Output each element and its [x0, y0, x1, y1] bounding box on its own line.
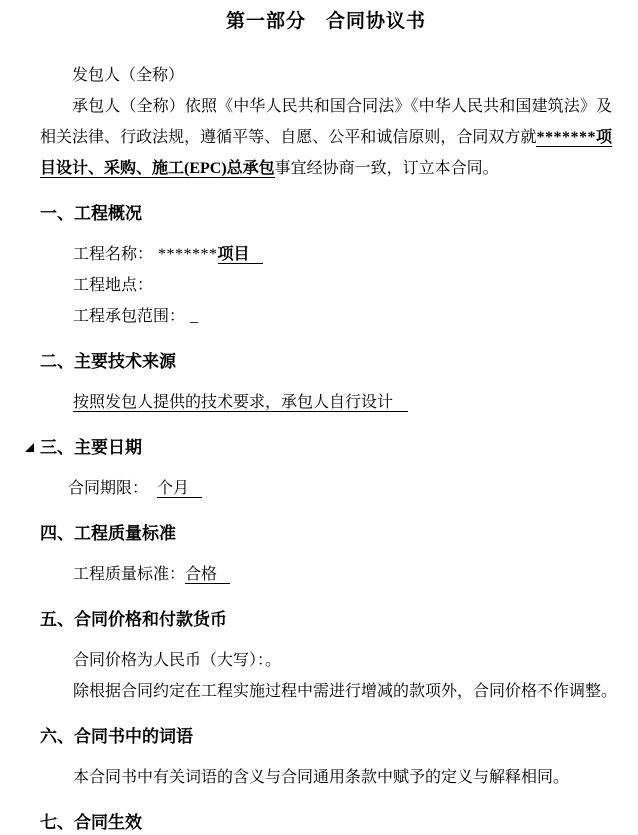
- project-name-row: 工程名称：*******项目: [40, 239, 612, 270]
- contract-term-value: 个月: [157, 480, 202, 498]
- project-location-row: 工程地点：: [40, 270, 612, 301]
- intro-block: 发包人（全称） 承包人（全称）依照《中华人民共和国合同法》《中华人民共和国建筑法…: [40, 60, 612, 184]
- contract-term-row: 合同期限：个月: [40, 473, 612, 504]
- party-b-post-text: 事宜经协商一致，订立本合同。: [275, 160, 499, 177]
- project-location-label: 工程地点：: [73, 277, 153, 294]
- price-adjustment-text: 除根据合同约定在工程实施过程中需进行增减的款项外，合同价格不作调整。: [73, 683, 617, 700]
- quality-standard-label: 工程质量标准：: [73, 566, 185, 583]
- contract-term-label: 合同期限：: [68, 480, 148, 497]
- project-name-value: 项目: [218, 246, 263, 264]
- collapse-triangle-icon: [25, 443, 34, 452]
- project-scope-blank: _: [190, 308, 198, 325]
- document-title: 第一部分 合同协议书: [40, 10, 612, 34]
- tech-source-row: 按照发包人提供的技术要求，承包人自行设计: [40, 387, 612, 418]
- party-b-paragraph: 承包人（全称）依照《中华人民共和国合同法》《中华人民共和国建筑法》及相关法律、行…: [40, 91, 612, 184]
- project-scope-row: 工程承包范围：_: [40, 301, 612, 332]
- section-heading-terms: 六、合同书中的词语: [40, 721, 612, 752]
- terms-definition-text: 本合同书中有关词语的含义与合同通用条款中赋予的定义与解释相同。: [73, 769, 569, 786]
- section-heading-price: 五、合同价格和付款货币: [40, 604, 612, 635]
- project-name-label: 工程名称：: [73, 246, 153, 263]
- party-a-text: 发包人（全称）: [72, 67, 184, 84]
- party-b-stars-blank: *******: [536, 129, 596, 147]
- section-heading-overview: 一、工程概况: [40, 198, 612, 229]
- contract-document-page: 第一部分 合同协议书 发包人（全称） 承包人（全称）依照《中华人民共和国合同法》…: [0, 0, 638, 835]
- price-amount-row: 合同价格为人民币（大写）：。: [40, 645, 612, 676]
- section-heading-dates: 三、主要日期: [40, 432, 612, 463]
- price-amount-text: 合同价格为人民币（大写）：。: [73, 652, 281, 669]
- section-heading-tech-source: 二、主要技术来源: [40, 346, 612, 377]
- terms-definition-row: 本合同书中有关词语的含义与合同通用条款中赋予的定义与解释相同。: [40, 762, 612, 793]
- quality-standard-row: 工程质量标准：合格: [40, 559, 612, 590]
- tech-source-text: 按照发包人提供的技术要求，承包人自行设计: [73, 394, 408, 412]
- section-heading-quality: 四、工程质量标准: [40, 518, 612, 549]
- quality-standard-value: 合格: [185, 566, 230, 584]
- project-name-stars: *******: [158, 246, 218, 263]
- party-b-pre-text: 承包人（全称）依照《中华人民共和国合同法》《中华人民共和国建筑法》及相关法律、行…: [40, 98, 612, 146]
- section-heading-effective: 七、合同生效: [40, 807, 612, 835]
- project-scope-label: 工程承包范围：: [73, 308, 185, 325]
- party-a-paragraph: 发包人（全称）: [40, 60, 612, 91]
- price-adjustment-row: 除根据合同约定在工程实施过程中需进行增减的款项外，合同价格不作调整。: [40, 676, 612, 707]
- section-heading-dates-text: 三、主要日期: [40, 438, 142, 457]
